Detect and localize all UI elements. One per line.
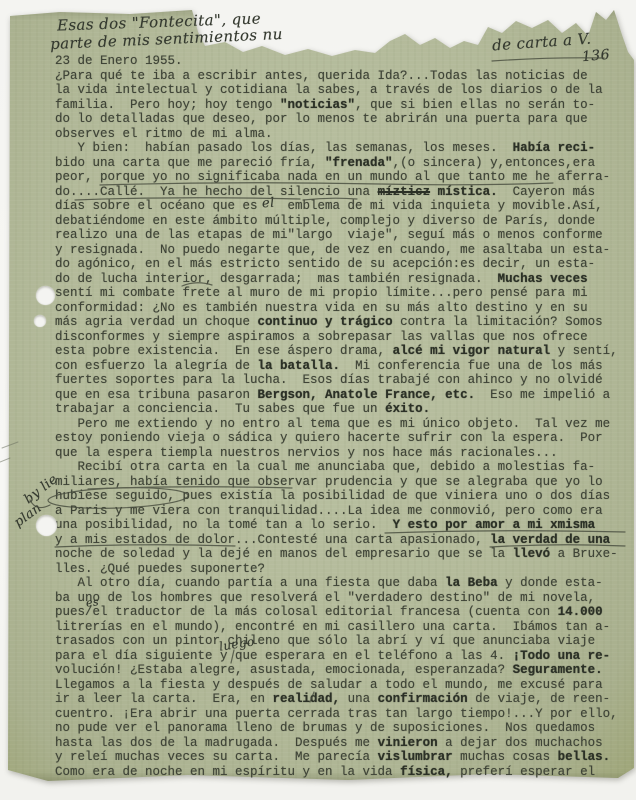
typed-line: para el día siguiente y que esperara en … <box>55 649 630 664</box>
typed-line: la vida intelectual y cotidiana la sabes… <box>55 83 630 98</box>
date-line: 23 de Enero 1955. <box>55 54 630 69</box>
typed-line: días sobre el océano que es emblema de m… <box>55 199 630 214</box>
typed-line: no pude ver el panorama lleno de brumas … <box>55 721 630 736</box>
typed-line: volución! ¿Estaba alegre, asustada, emoc… <box>55 663 630 678</box>
typed-line: Pero me extiendo y no entro al tema que … <box>55 417 630 432</box>
typed-lines: ¿Para qué te iba a escribir antes, queri… <box>55 69 630 780</box>
typed-line: peor, porque yo no significaba nada en u… <box>55 170 630 185</box>
scanned-letter-page: 23 de Enero 1955. ¿Para qué te iba a esc… <box>0 0 636 800</box>
typed-line: sentí mi combate frete al muro de mi pro… <box>55 286 630 301</box>
typed-line: familia. Pero hoy; hoy tengo "noticias",… <box>55 98 630 113</box>
typed-line: ba uno de los hombres que resolverá el "… <box>55 591 630 606</box>
typed-line: do agónico, en el más estricto sentido d… <box>55 257 630 272</box>
typed-line: que en esa tribuna pasaron Bergson, Anat… <box>55 388 630 403</box>
typed-line: que la espera tiempla nuestros nervios y… <box>55 446 630 461</box>
typed-line: Recibí otra carta en la cual me anunciab… <box>55 460 630 475</box>
typed-line: ¿Para qué te iba a escribir antes, queri… <box>55 69 630 84</box>
typed-line: y resignada. No puedo negarte que, de ve… <box>55 243 630 258</box>
handwritten-insert-el: el <box>261 196 275 212</box>
typed-line: observes el ritmo de mi alma. <box>55 127 630 142</box>
typed-line: debatiéndome en este ámbito múltiple, co… <box>55 214 630 229</box>
handwritten-page-number: 136 <box>581 47 610 65</box>
typed-line: trabajar a conciencia. Tu sabes que fue … <box>55 402 630 417</box>
handwritten-insert-es: es <box>85 595 99 609</box>
typed-line: hubiese seguido, pues existía la posibil… <box>55 489 630 504</box>
typed-line: miliares, había tenido que observar prud… <box>55 475 630 490</box>
typed-line: estoy poniendo vieja o sádica y quiero h… <box>55 431 630 446</box>
typed-line: cuentro. ¡Era abrir una puerta cerrada t… <box>55 707 630 722</box>
typed-line: Como era de noche en mi espíritu y en la… <box>55 765 630 780</box>
typed-line: con esfuerzo la alegría de la batalla. M… <box>55 359 630 374</box>
typed-line: y a mis estados de dolor...Contesté una … <box>55 533 630 548</box>
typed-line: esta pobre existencia. En ese áspero dra… <box>55 344 630 359</box>
typed-line: litrerías en el mundo), encontré en mi c… <box>55 620 630 635</box>
punch-hole <box>36 286 55 305</box>
typed-line: una posibilidad, no la tomé tan a lo ser… <box>55 518 630 533</box>
typed-line: Y bien: habían pasado los días, las sema… <box>55 141 630 156</box>
typed-line: realizo una de las etapas de mi"largo vi… <box>55 228 630 243</box>
punch-hole <box>36 515 57 536</box>
typed-line: do....Callé. Ya he hecho del silencio un… <box>55 185 630 200</box>
typed-line: noche de soledad y la dejé en manos del … <box>55 547 630 562</box>
typed-line: y releí muchas veces su carta. Me parecí… <box>55 750 630 765</box>
typed-line: ir a leer la carta. Era, en realidad, un… <box>55 692 630 707</box>
typed-line: disconformes y siempre aspiramos a sobre… <box>55 330 630 345</box>
typed-line: hasta las dos de la madrugada. Después m… <box>55 736 630 751</box>
punch-hole <box>34 315 46 327</box>
typed-line: do lo detalladas que deseo, por lo menos… <box>55 112 630 127</box>
typed-line: fuertes soportes para la lucha. Esos día… <box>55 373 630 388</box>
typed-text-block: 23 de Enero 1955. ¿Para qué te iba a esc… <box>55 54 630 779</box>
typed-line: Llegamos a la fiesta y después de saluda… <box>55 678 630 693</box>
typed-line: a Paris y me viera con tranquilidad....L… <box>55 504 630 519</box>
typed-line: pues/el traductor de la más colosal edit… <box>55 605 630 620</box>
typed-line: Al otro día, cuando partía a una fiesta … <box>55 576 630 591</box>
typed-line: trasados con un pintor chileno que sólo … <box>55 634 630 649</box>
typed-line: más agria verdad un choque continuo y tr… <box>55 315 630 330</box>
typed-line: bido una carta que me pareció fría, "fre… <box>55 156 630 171</box>
typed-line: do de lucha interior, desgarrada; mas ta… <box>55 272 630 287</box>
typed-line: lles. ¿Qué puedes suponerte? <box>55 562 630 577</box>
typed-line: conformidad: ¿No es también nuestra vida… <box>55 301 630 316</box>
